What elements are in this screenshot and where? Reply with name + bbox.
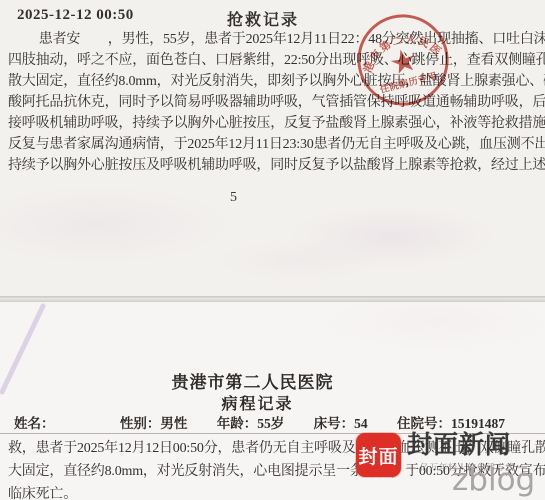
- field-sex-value: 男性: [160, 416, 187, 431]
- body-line: 反复与患者家属沟通病情，于2025年12月11日23:30患者仍无自主呼吸及心跳…: [8, 134, 545, 155]
- body-line: 散大固定，直径约8.0mm，对光反射消失，即刻予以胸外心脏按压，盐酸肾上腺素强心…: [8, 71, 545, 92]
- hospital-name: 贵港市第二人民医院: [0, 368, 505, 393]
- field-age-label: 年龄：: [217, 416, 258, 431]
- body-line: 四肢抽动，呼之不应，面色苍白、口唇紫绀，22:50分出现呼吸、心跳停止，查看双侧…: [8, 50, 545, 71]
- seal-star-icon: [389, 47, 418, 75]
- field-age-value: 55岁: [257, 416, 284, 431]
- patient-info-row: 姓名： 性别：男性 年龄：55岁 床号：54 住院号：15191487: [14, 412, 545, 432]
- page-number: 5: [0, 190, 467, 206]
- field-bed-label: 床号：: [314, 416, 355, 431]
- field-age: 年龄：55岁: [217, 416, 285, 431]
- seal-label-text: 住院病历专用: [379, 70, 439, 96]
- body-line: 持续予以胸外心脏按压及呼吸机辅助呼吸，同时反复予以盐酸肾上腺素等抢救，经过上述抢: [8, 155, 545, 176]
- rescue-record-body: 患者安 ，男性，55岁，患者于2025年12月11日22：48分突然出现抽搐、口…: [8, 29, 545, 176]
- field-admission-label: 住院号：: [397, 416, 451, 431]
- document-scan-root: 2025-12-12 00:50 抢救记录 患者安 ，男性，55岁，患者于202…: [0, 0, 545, 500]
- record-datetime: 2025-12-12 00:50: [17, 7, 134, 24]
- progress-note-title: 病程记录: [0, 391, 515, 414]
- rescue-record-page: 2025-12-12 00:50 抢救记录 患者安 ，男性，55岁，患者于202…: [0, 0, 545, 296]
- field-name: 姓名：: [14, 416, 55, 431]
- body-line: 酸阿托品抗休克，同时予以简易呼吸器辅助呼吸，气管插管保持呼吸道通畅辅助呼吸，后连: [8, 92, 545, 113]
- rescue-record-title: 抢救记录: [227, 7, 299, 30]
- field-admission-no: 住院号：15191487: [397, 416, 505, 431]
- field-admission-value: 15191487: [451, 416, 505, 431]
- body-line: 患者安 ，男性，55岁，患者于2025年12月11日22：48分突然出现抽搐、口…: [8, 29, 545, 50]
- field-sex-label: 性别：: [120, 416, 161, 431]
- field-sex: 性别：男性: [120, 416, 188, 431]
- covernews-logo-glyph: 封面: [358, 442, 398, 469]
- covernews-logo-icon: 封面: [356, 433, 401, 477]
- covernews-logo-name: 封面新闻: [407, 433, 528, 459]
- field-name-label: 姓名：: [14, 416, 55, 431]
- progress-note-page: 贵港市第二人民医院 病程记录 姓名： 性别：男性 年龄：55岁 床号：54 住院…: [0, 302, 545, 500]
- field-bed-value: 54: [354, 416, 368, 431]
- site-watermark: zblog: [452, 462, 535, 498]
- field-bed: 床号：54: [314, 416, 368, 431]
- body-line: 接呼吸机辅助呼吸，持续予以胸外心脏按压，反复予盐酸肾上腺素强心，补液等抢救措施，: [8, 113, 545, 134]
